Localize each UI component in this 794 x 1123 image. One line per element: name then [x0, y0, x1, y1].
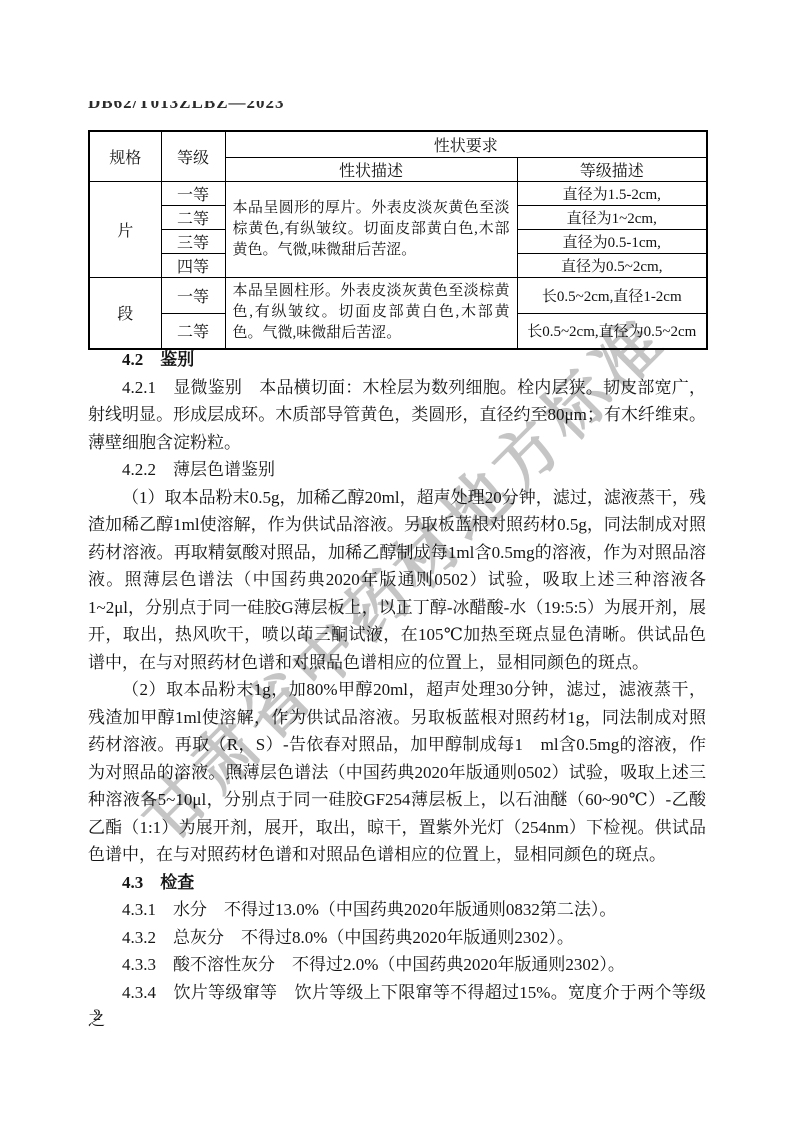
table-row: 片 一等 本品呈圆形的厚片。外表皮淡灰黄色至淡棕黄色,有纵皱纹。切面皮部黄白色,… [89, 181, 707, 205]
grade-spec-table: 规格 等级 性状要求 性状描述 等级描述 片 一等 本品呈圆形的厚片。外表皮淡灰… [88, 130, 708, 350]
cell-grade-desc: 长0.5~2cm,直径为0.5~2cm [517, 313, 707, 349]
cell-grade-desc: 直径为1~2cm, [517, 205, 707, 229]
document-body: 4.2 鉴别 4.2.1 显微鉴别 本品横切面：木栓层为数列细胞。栓内层狭。韧皮… [88, 346, 706, 1034]
cell-grade: 三等 [161, 229, 225, 253]
para-tlc-method-2: （2）取本品粉末1g，加80%甲醇20ml，超声处理30分钟，滤过，滤液蒸干，残… [88, 676, 706, 869]
cell-grade: 一等 [161, 181, 225, 205]
th-grade: 等级 [161, 131, 225, 181]
cell-grade: 二等 [161, 313, 225, 349]
cell-description-segment: 本品呈圆柱形。外表皮淡灰黄色至淡棕黄色,有纵皱纹。切面皮部黄白色,木部黄色。气微… [225, 277, 517, 349]
para-tlc-identification-title: 4.2.2 薄层色谱鉴别 [88, 456, 706, 484]
section-heading-identification: 4.2 鉴别 [88, 346, 706, 374]
th-grade-desc: 等级描述 [517, 157, 707, 181]
document-code: DB62/T013ZLBZ—2023 [88, 101, 388, 114]
cell-grade-desc: 直径为1.5-2cm, [517, 181, 707, 205]
section-heading-inspection: 4.3 检查 [88, 869, 706, 897]
cell-grade: 四等 [161, 253, 225, 277]
document-code-text: DB62/T013ZLBZ—2023 [88, 101, 388, 113]
para-grade-tolerance: 4.3.4 饮片等级窜等 饮片等级上下限窜等不得超过15%。宽度介于两个等级之 [88, 979, 706, 1034]
cell-grade: 一等 [161, 277, 225, 313]
cell-spec-segment: 段 [89, 277, 161, 349]
para-tlc-method-1: （1）取本品粉末0.5g，加稀乙醇20ml，超声处理20分钟，滤过，滤液蒸干，残… [88, 484, 706, 677]
cell-grade-desc: 长0.5~2cm,直径1-2cm [517, 277, 707, 313]
para-total-ash: 4.3.2 总灰分 不得过8.0%（中国药典2020年版通则2302）。 [88, 924, 706, 952]
cell-grade-desc: 直径为0.5-1cm, [517, 229, 707, 253]
cell-grade: 二等 [161, 205, 225, 229]
table-row: 段 一等 本品呈圆柱形。外表皮淡灰黄色至淡棕黄色,有纵皱纹。切面皮部黄白色,木部… [89, 277, 707, 313]
para-microscopic-identification: 4.2.1 显微鉴别 本品横切面：木栓层为数列细胞。栓内层狭。韧皮部宽广，射线明… [88, 374, 706, 457]
cell-grade-desc: 直径为0.5~2cm, [517, 253, 707, 277]
th-spec: 规格 [89, 131, 161, 181]
para-acid-insoluble-ash: 4.3.3 酸不溶性灰分 不得过2.0%（中国药典2020年版通则2302）。 [88, 951, 706, 979]
page-number: 2 [93, 1007, 101, 1025]
th-character-desc: 性状描述 [225, 157, 517, 181]
th-requirement: 性状要求 [225, 131, 707, 157]
cell-description-slice: 本品呈圆形的厚片。外表皮淡灰黄色至淡棕黄色,有纵皱纹。切面皮部黄白色,木部黄色。… [225, 181, 517, 277]
cell-spec-slice: 片 [89, 181, 161, 277]
table-header-row-1: 规格 等级 性状要求 [89, 131, 707, 157]
para-moisture: 4.3.1 水分 不得过13.0%（中国药典2020年版通则0832第二法）。 [88, 896, 706, 924]
